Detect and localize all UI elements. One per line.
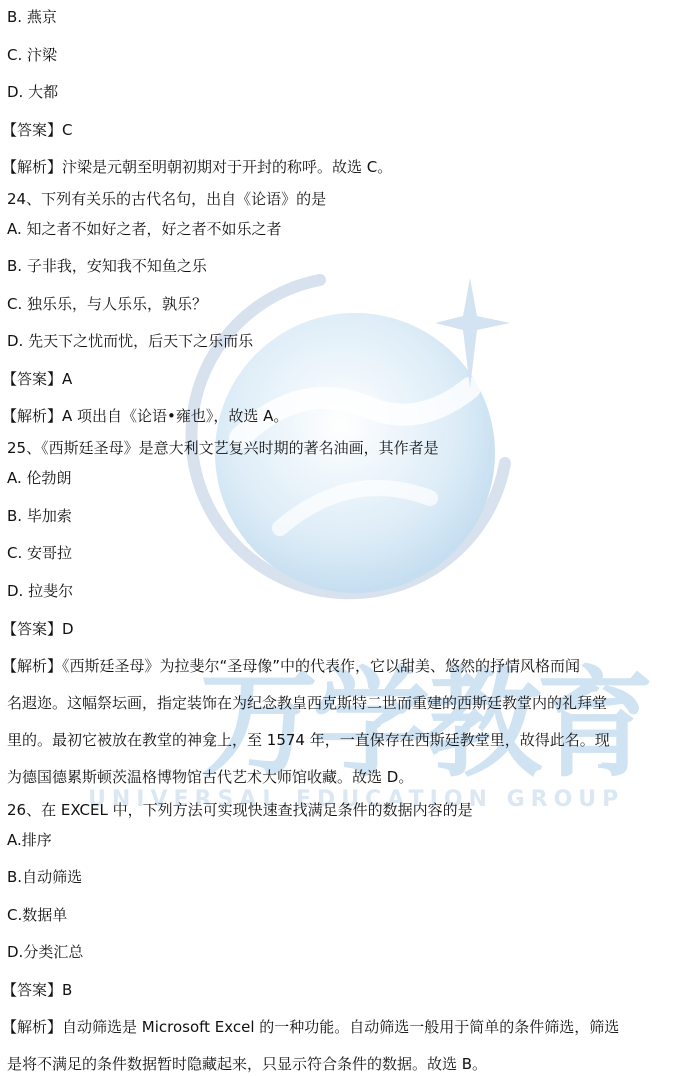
q25-analysis-line-2: 名遐迩。这幅祭坛画，指定装饰在为纪念教皇西克斯特二世而重建的西斯廷教堂内的礼拜堂 [7,693,607,713]
q24-option-a: A. 知之者不如好之者，好之者不如乐之者 [7,219,282,239]
q24-option-c: C. 独乐乐，与人乐乐，孰乐？ [7,294,207,314]
q23-option-c: C. 汴梁 [7,45,57,65]
q25-analysis-line-1: 【解析】《西斯廷圣母》为拉斐尔“圣母像”中的代表作，它以甜美、悠然的抒情风格而闻 [2,656,580,676]
q24-stem: 24、下列有关乐的古代名句，出自《论语》的是 [7,189,326,209]
q26-option-a: A.排序 [7,830,52,850]
q23-option-d: D. 大都 [7,82,58,102]
q23-analysis: 【解析】汴梁是元朝至明朝初期对于开封的称呼。故选 C。 [2,157,392,177]
q24-analysis: 【解析】A 项出自《论语•雍也》，故选 A。 [2,406,288,426]
q25-analysis-line-4: 为德国德累斯顿茨温格博物馆古代艺术大师馆收藏。故选 D。 [7,767,413,787]
q24-option-d: D. 先天下之忧而忧，后天下之乐而乐 [7,331,253,351]
q25-answer: 【答案】D [2,619,74,639]
q26-stem: 26、在 EXCEL 中，下列方法可实现快速查找满足条件的数据内容的是 [7,800,473,820]
q26-analysis-line-1: 【解析】自动筛选是 Microsoft Excel 的一种功能。自动筛选一般用于… [2,1017,619,1037]
q25-stem: 25、《西斯廷圣母》是意大利文艺复兴时期的著名油画，其作者是 [7,438,439,458]
q25-option-b: B. 毕加索 [7,506,72,526]
q26-analysis-line-2: 是将不满足的条件数据暂时隐藏起来，只显示符合条件的数据。故选 B。 [7,1054,487,1074]
q24-option-b: B. 子非我，安知我不知鱼之乐 [7,256,207,276]
q23-answer: 【答案】C [2,120,72,140]
q26-answer: 【答案】B [2,980,72,1000]
q26-option-b: B.自动筛选 [7,867,82,887]
q26-option-d: D.分类汇总 [7,942,83,962]
q26-option-c: C.数据单 [7,905,67,925]
q25-option-c: C. 安哥拉 [7,543,72,563]
q24-answer: 【答案】A [2,369,72,389]
q23-option-b: B. 燕京 [7,7,57,27]
q25-option-a: A. 伦勃朗 [7,468,72,488]
q25-analysis-line-3: 里的。最初它被放在教堂的神龛上，至 1574 年，一直保存在西斯廷教堂里，故得此… [7,730,610,750]
q25-option-d: D. 拉斐尔 [7,581,73,601]
